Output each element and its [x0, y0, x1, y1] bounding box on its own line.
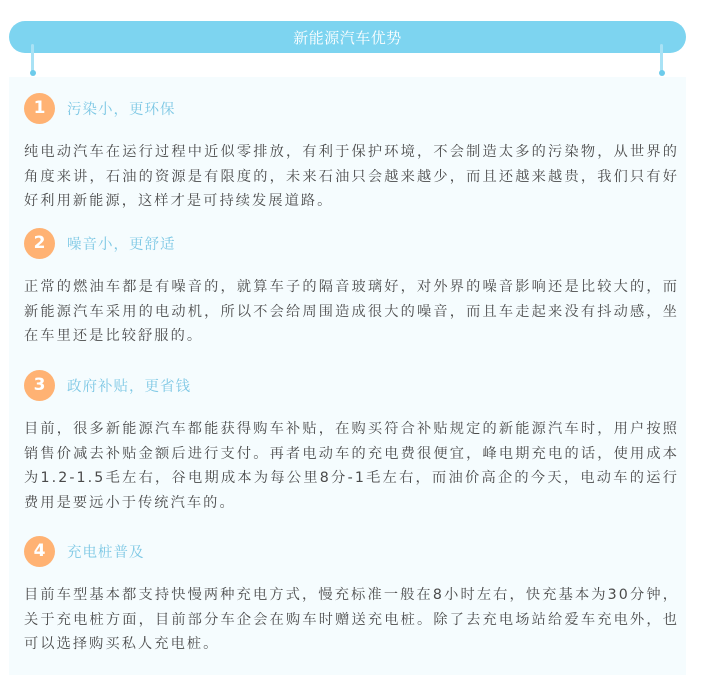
section-header: 3 政府补贴，更省钱 [24, 369, 679, 401]
section-body: 纯电动汽车在运行过程中近似零排放，有利于保护环境，不会制造太多的污染物，从世界的… [24, 140, 679, 214]
section-title: 政府补贴，更省钱 [67, 375, 191, 396]
number-badge: 4 [24, 536, 55, 567]
left-hanger-line [31, 44, 34, 73]
header-banner: 新能源汽车优势 [9, 21, 686, 53]
section-title: 充电桩普及 [67, 541, 145, 562]
section-body: 正常的燃油车都是有噪音的，就算车子的隔音玻璃好，对外界的噪音影响还是比较大的，而… [24, 275, 679, 349]
section-body: 目前车型基本都支持快慢两种充电方式，慢充标准一般在8小时左右，快充基本为30分钟… [24, 583, 679, 657]
right-hanger-dot [659, 70, 665, 76]
page-title: 新能源汽车优势 [293, 27, 402, 48]
section-header: 1 污染小，更环保 [24, 92, 679, 124]
section-header: 4 充电桩普及 [24, 535, 679, 567]
section-noise: 2 噪音小，更舒适 正常的燃油车都是有噪音的，就算车子的隔音玻璃好，对外界的噪音… [24, 227, 679, 349]
content-panel: 1 污染小，更环保 纯电动汽车在运行过程中近似零排放，有利于保护环境，不会制造太… [9, 77, 686, 675]
section-title: 噪音小，更舒适 [67, 233, 176, 254]
section-charging: 4 充电桩普及 目前车型基本都支持快慢两种充电方式，慢充标准一般在8小时左右，快… [24, 535, 679, 657]
number-badge: 2 [24, 228, 55, 259]
number-badge: 1 [24, 93, 55, 124]
section-pollution: 1 污染小，更环保 纯电动汽车在运行过程中近似零排放，有利于保护环境，不会制造太… [24, 92, 679, 214]
left-hanger-dot [30, 70, 36, 76]
number-badge: 3 [24, 370, 55, 401]
right-hanger-line [660, 44, 663, 73]
section-body: 目前，很多新能源汽车都能获得购车补贴，在购买符合补贴规定的新能源汽车时，用户按照… [24, 417, 679, 515]
section-header: 2 噪音小，更舒适 [24, 227, 679, 259]
section-title: 污染小，更环保 [67, 98, 176, 119]
section-subsidy: 3 政府补贴，更省钱 目前，很多新能源汽车都能获得购车补贴，在购买符合补贴规定的… [24, 369, 679, 515]
